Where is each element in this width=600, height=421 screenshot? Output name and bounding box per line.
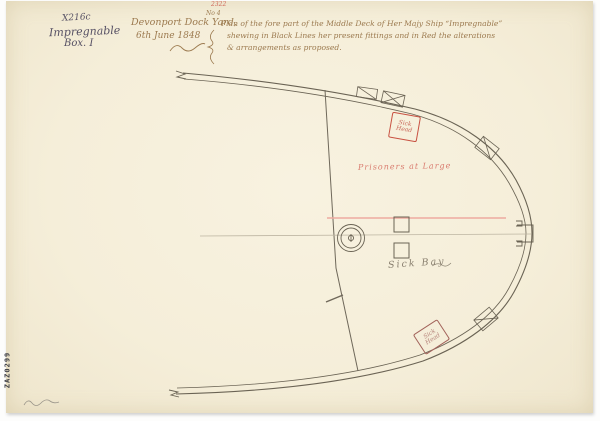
title-red-number: 2322 — [211, 1, 226, 8]
foremast — [338, 225, 365, 252]
red-box-top-line2: Head — [395, 126, 412, 135]
centre-line — [200, 234, 531, 236]
hatchway-square-upper — [394, 217, 409, 232]
gunport-bow-upper — [475, 136, 499, 159]
title-date-line: 6th June 1848 — [136, 31, 200, 41]
archive-ship-name: Impregnable — [49, 24, 121, 39]
title-brace — [208, 30, 214, 64]
red-area-label: Prisoners at Large — [358, 161, 451, 172]
pencil-note-squiggle — [24, 400, 59, 406]
title-plan-number: No 4 — [206, 10, 221, 17]
red-box-top: Sick Head — [388, 112, 421, 143]
title-line-2: shewing in Black Lines her present fitti… — [227, 31, 495, 40]
gunport-top-2 — [381, 91, 405, 107]
archive-ref-code: X216c — [62, 12, 91, 23]
hull-outer-line — [176, 73, 532, 394]
bulkhead-line — [325, 90, 358, 371]
archive-box-label: Box. I — [64, 38, 93, 49]
title-line-1: Plan of the fore part of the Middle Deck… — [221, 19, 502, 28]
break-mark-top — [176, 71, 186, 79]
title-line-3: & arrangements as proposed. — [227, 43, 342, 52]
bulkhead-door-mark — [326, 295, 343, 302]
gunport-bow-lower — [474, 307, 498, 331]
signature-squiggle — [170, 44, 205, 52]
stem-timber — [516, 221, 533, 246]
hatchway-square-lower — [394, 243, 409, 258]
ship-plan-drawing — [0, 0, 600, 421]
archive-stamp-vertical: ZAZ0299 — [3, 352, 11, 389]
scanned-plan-page: X216c Impregnable Box. I 2322 No 4 Devon… — [0, 0, 600, 421]
